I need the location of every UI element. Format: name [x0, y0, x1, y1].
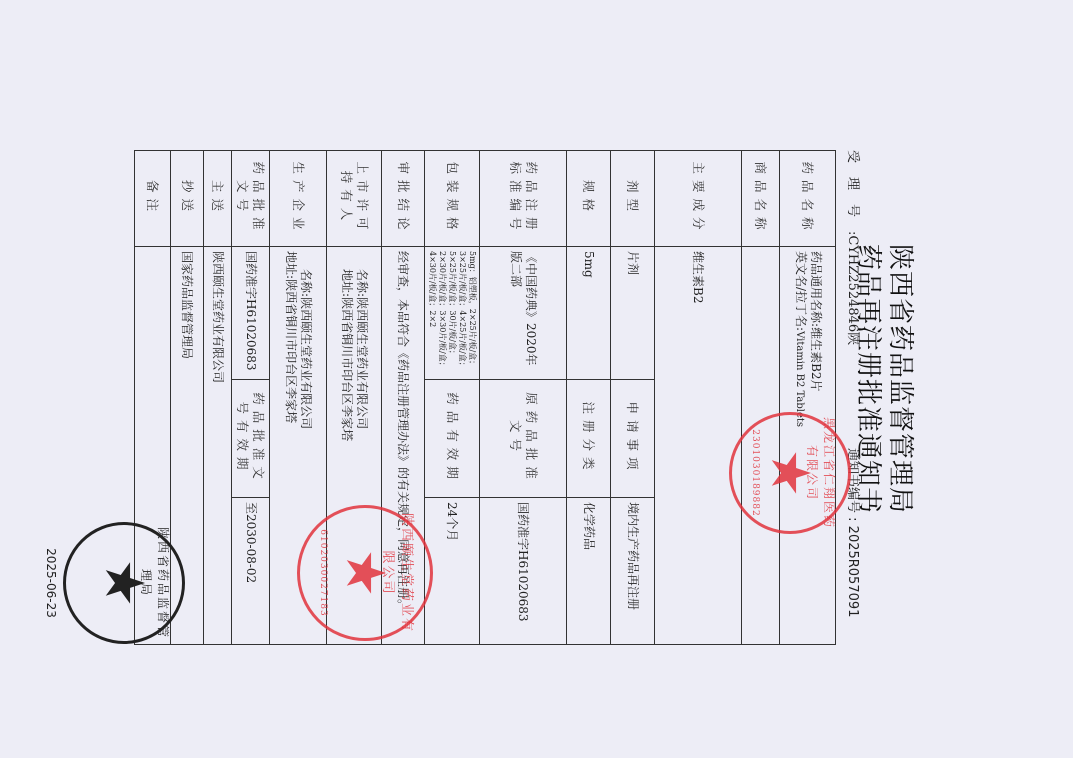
- label-conclusion: 审批结论: [382, 151, 425, 247]
- label-approval-number: 药品批准文号: [232, 151, 270, 247]
- document-title: 药品再注册批准通知书: [852, 0, 889, 758]
- value-approval-number: 国药准字H61020683: [232, 247, 270, 380]
- manufacturer-name-label: 名称: [299, 269, 313, 293]
- label-registration-category: 注册分类: [567, 380, 611, 498]
- mah-name: 陕西颐生堂药业有限公司: [355, 297, 369, 429]
- english-name-label: 英文名/拉丁名: [794, 251, 808, 327]
- mah-address-label: 地址: [340, 269, 354, 293]
- mah-address: 陕西省铜川市印台区李家塔: [340, 297, 354, 441]
- label-specification: 规格: [567, 151, 611, 247]
- value-specification: 5mg: [567, 247, 611, 380]
- notice-label: 通知书编号: [845, 448, 860, 513]
- label-validity: 药品有效期: [425, 380, 480, 498]
- value-main-recipient: 陕西颐生堂药业有限公司: [204, 247, 232, 645]
- acceptance-number: 受理号:CYHZ2524846陕: [845, 150, 864, 345]
- value-drug-name: 药品通用名称:维生素B2片 英文名/拉丁名:Vitamin B2 Tablets: [780, 247, 836, 645]
- label-dosage-form: 剂型: [611, 151, 655, 247]
- issuer-title: 陕西省药品监督管理局: [884, 0, 921, 758]
- label-drug-name: 药品名称: [780, 151, 836, 247]
- label-cc: 抄送: [171, 151, 204, 247]
- generic-name-label: 药品通用名称: [809, 251, 823, 323]
- value-conclusion: 经审查，本品符合《药品注册管理办法》的有关规定，同意再注册。: [382, 247, 425, 645]
- manufacturer-address: 陕西省铜川市印台区李家塔: [284, 279, 298, 423]
- row-main-recipient: 主送 陕西颐生堂药业有限公司: [204, 151, 232, 645]
- row-packaging: 包装规格 5mg：铝塑板，2×25片/板/盒；3×25片/板/盒；4×25片/板…: [425, 151, 480, 645]
- value-packaging: 5mg：铝塑板，2×25片/板/盒；3×25片/板/盒；4×25片/板/盒；5×…: [425, 247, 480, 380]
- value-approval-validity: 至2030-08-02: [232, 498, 270, 645]
- row-standard: 药品注册标准编号 《中国药典》2020年版二部 原药品批准文号 国药准字H610…: [480, 151, 567, 645]
- label-application-item: 申请事项: [611, 380, 655, 498]
- issue-date: 2025-06-23: [44, 525, 58, 641]
- label-standard: 药品注册标准编号: [480, 151, 567, 247]
- value-application-item: 境内生产药品再注册: [611, 498, 655, 645]
- english-name: Vitamin B2 Tablets: [794, 331, 805, 427]
- row-specification: 规格 5mg 注册分类 化学药品: [567, 151, 611, 645]
- row-dosage-form: 剂型 片剂 申请事项 境内生产药品再注册: [611, 151, 655, 645]
- row-conclusion: 审批结论 经审查，本品符合《药品注册管理办法》的有关规定，同意再注册。: [382, 151, 425, 645]
- label-main-ingredient: 主要成分: [655, 151, 742, 247]
- row-remarks: 备注: [135, 151, 171, 645]
- row-mah: 上市许可持有人 名称:陕西颐生堂药业有限公司 地址:陕西省铜川市印台区李家塔: [327, 151, 382, 645]
- row-main-ingredient: 主要成分 维生素B2: [655, 151, 742, 645]
- label-packaging: 包装规格: [425, 151, 480, 247]
- label-approval-validity: 药品批准文号有效期: [232, 380, 270, 498]
- label-original-approval-number: 原药品批准文号: [480, 380, 567, 498]
- manufacturer-address-label: 地址: [284, 251, 298, 275]
- value-trade-name: [742, 247, 780, 645]
- value-dosage-form: 片剂: [611, 247, 655, 380]
- label-mah: 上市许可持有人: [327, 151, 382, 247]
- label-manufacturer: 生产企业: [270, 151, 327, 247]
- row-cc: 抄送 国家药品监督管理局: [171, 151, 204, 645]
- acceptance-label: 受理号: [845, 150, 860, 231]
- notice-document: 陕西省药品监督管理局 药品再注册批准通知书 受理号:CYHZ2524846陕 通…: [0, 0, 1073, 758]
- manufacturer-name: 陕西颐生堂药业有限公司: [299, 297, 313, 429]
- mah-name-label: 名称: [355, 269, 369, 293]
- row-manufacturer: 生产企业 名称:陕西颐生堂药业有限公司 地址:陕西省铜川市印台区李家塔: [270, 151, 327, 645]
- value-registration-category: 化学药品: [567, 498, 611, 645]
- value-cc: 国家药品监督管理局: [171, 247, 204, 645]
- value-manufacturer: 名称:陕西颐生堂药业有限公司 地址:陕西省铜川市印台区李家塔: [270, 247, 327, 645]
- value-main-ingredient: 维生素B2: [655, 247, 742, 645]
- value-standard: 《中国药典》2020年版二部: [480, 247, 567, 380]
- value-original-approval-number: 国药准字H61020683: [480, 498, 567, 645]
- value-remarks: [135, 247, 171, 645]
- notice-number: 通知书编号 : 2025R057091: [845, 448, 864, 617]
- row-trade-name: 商品名称: [742, 151, 780, 645]
- row-drug-name: 药品名称 药品通用名称:维生素B2片 英文名/拉丁名:Vitamin B2 Ta…: [780, 151, 836, 645]
- value-mah: 名称:陕西颐生堂药业有限公司 地址:陕西省铜川市印台区李家塔: [327, 247, 382, 645]
- value-validity: 24个月: [425, 498, 480, 645]
- label-trade-name: 商品名称: [742, 151, 780, 247]
- row-approval-number: 药品批准文号 国药准字H61020683 药品批准文号有效期 至2030-08-…: [232, 151, 270, 645]
- label-remarks: 备注: [135, 151, 171, 247]
- notice-value: 2025R057091: [845, 526, 860, 618]
- registration-table: 药品名称 药品通用名称:维生素B2片 英文名/拉丁名:Vitamin B2 Ta…: [134, 150, 836, 645]
- acceptance-value: CYHZ2524846陕: [845, 235, 860, 345]
- label-main-recipient: 主送: [204, 151, 232, 247]
- generic-name: 维生素B2片: [809, 327, 823, 391]
